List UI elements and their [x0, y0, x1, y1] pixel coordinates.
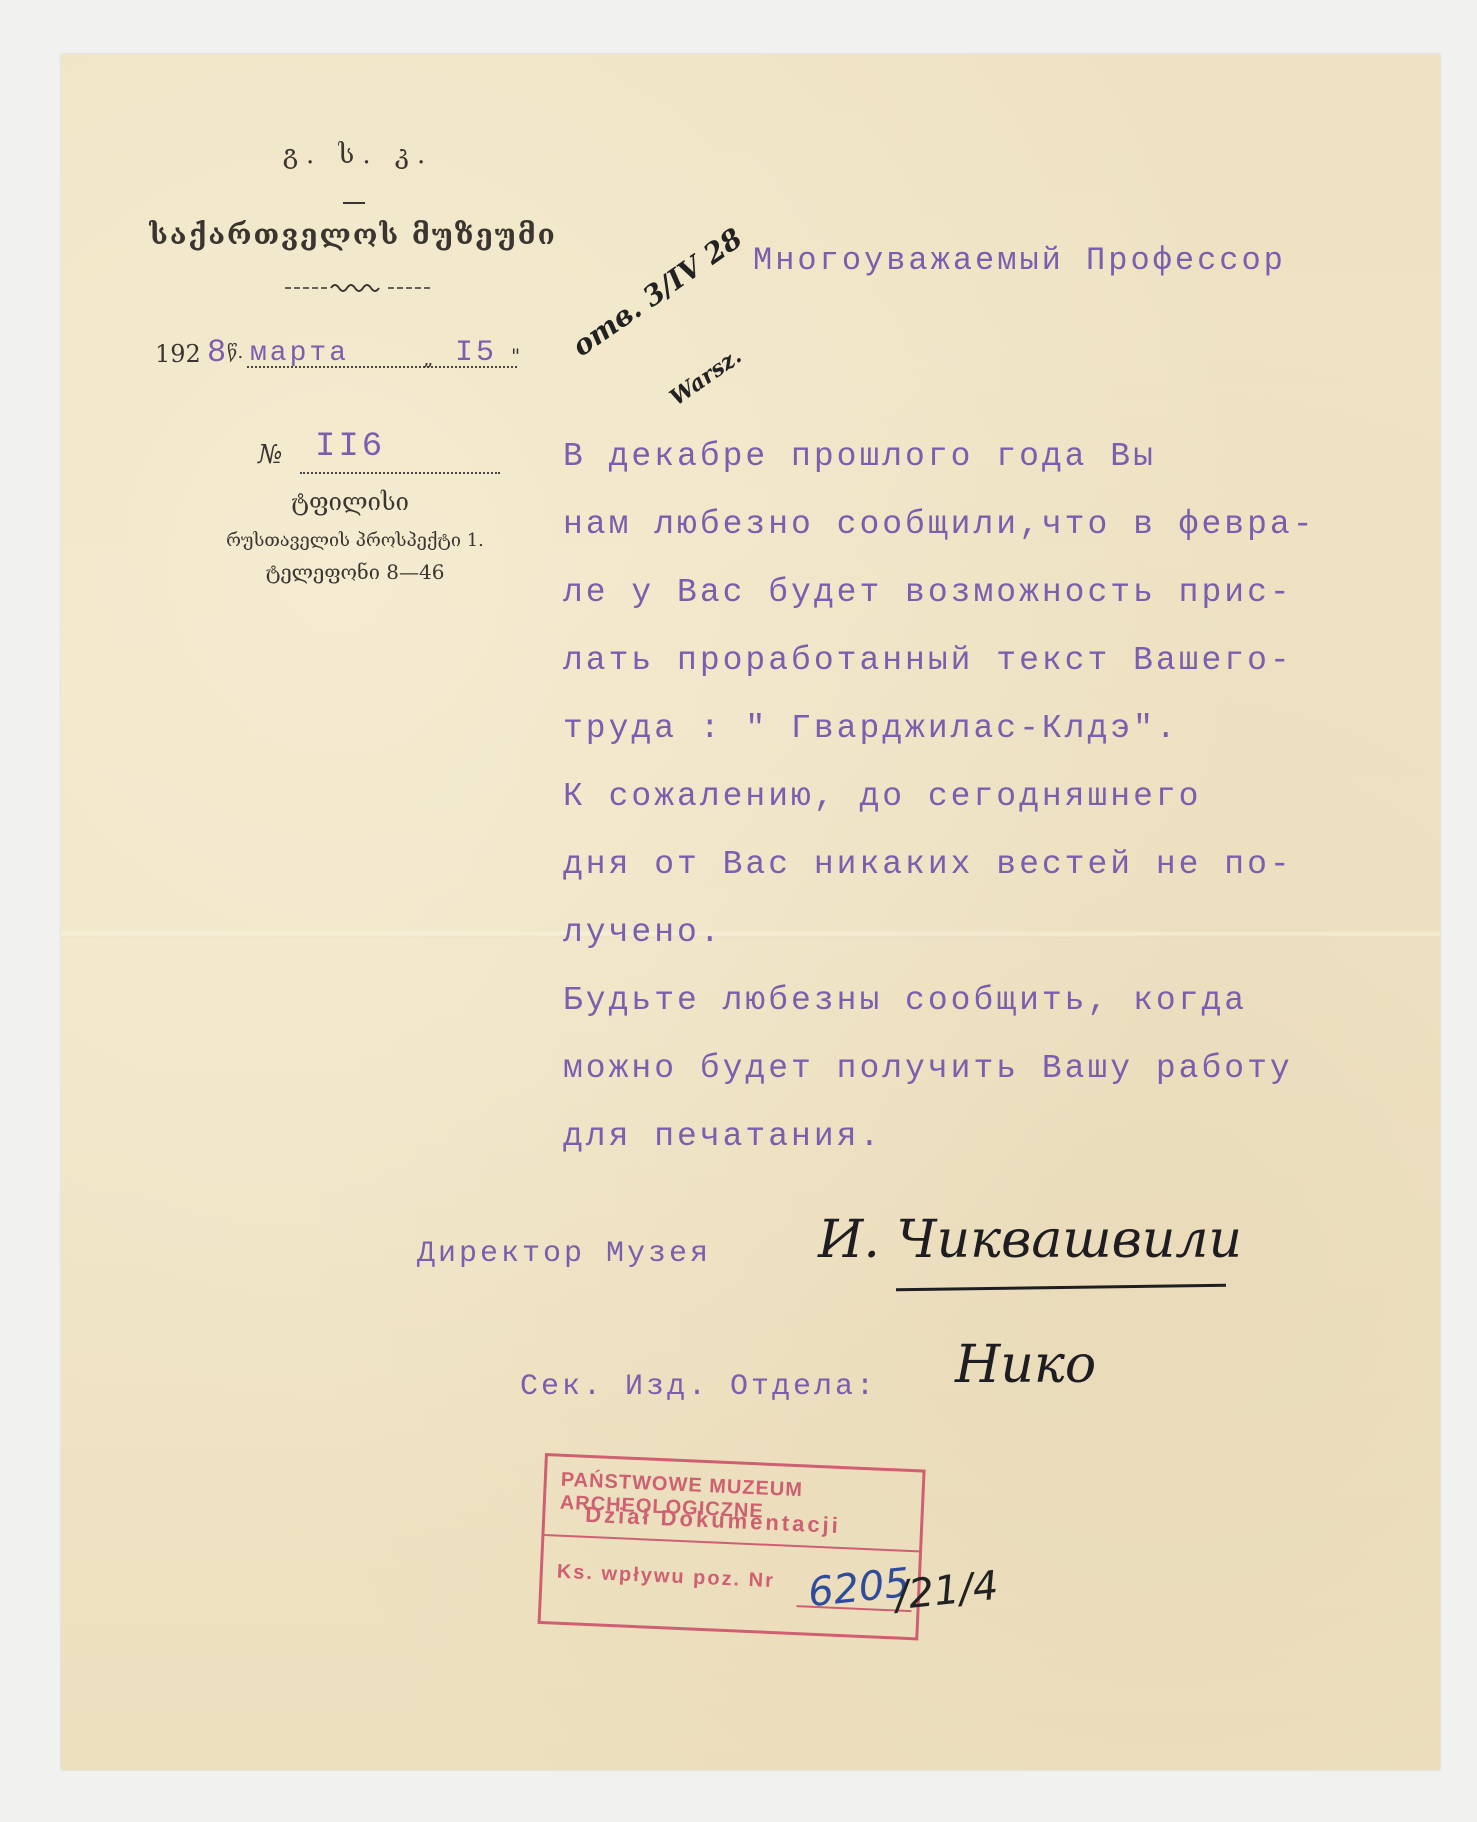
body-line: можно будет получить Вашу работу — [563, 1050, 1293, 1087]
body-line: для печатания. — [563, 1118, 882, 1155]
body-line: лучено. — [563, 914, 723, 951]
number-value: II6 — [315, 428, 385, 466]
body-line: К сожалению, до сегодняшнего — [563, 778, 1202, 815]
body-line: нам любезно сообщили,что в февра- — [563, 506, 1316, 543]
body-line: дня от Вас никаких вестей не по- — [563, 846, 1293, 883]
date-day: I5 — [455, 336, 497, 370]
date-year-prefix: 192 — [155, 340, 201, 368]
number-dotted-line — [300, 472, 500, 474]
body-line: В декабре прошлого года Вы — [563, 438, 1156, 475]
paper-fold — [61, 930, 1440, 938]
salutation: Многоуважаемый Профессор — [753, 242, 1286, 279]
date-line: 192 8 წ. марта „ I5 " — [155, 340, 595, 376]
letterhead-dash — [343, 202, 365, 204]
date-year-suffix: 8 — [207, 334, 226, 371]
body-line: ле у Вас будет возможность прис- — [563, 574, 1293, 611]
ornament-divider-icon — [283, 280, 433, 294]
secretary-signature: Нико — [955, 1335, 1096, 1395]
archive-stamp: PAŃSTWOWE MUZEUM ARCHEOLOGICZNE Dział Do… — [538, 1453, 926, 1640]
body-line: лать проработанный текст Вашего- — [563, 642, 1293, 679]
letterhead-abbreviation: გ. ს. კ. — [248, 140, 468, 170]
stamp-register-label: Ks. wpływu poz. Nr — [556, 1561, 775, 1593]
date-year-mark: წ. — [227, 342, 243, 363]
director-signature: И. Чиквашвили — [818, 1210, 1242, 1270]
director-label: Директор Музея — [417, 1237, 711, 1271]
date-open-quote: „ — [423, 346, 433, 370]
number-label: № — [258, 440, 283, 470]
letterhead-city: ტფილისი — [190, 488, 510, 516]
letterhead-address: რუსთაველის პროსპექტი 1. — [195, 530, 515, 551]
letterhead-phone: ტელეფონი 8—46 — [195, 560, 515, 584]
letterhead-institution-name: საქართველოს მუზეუმი — [148, 218, 558, 251]
secretary-label: Сек. Изд. Отдела: — [520, 1370, 877, 1404]
date-close-quote: " — [511, 344, 520, 368]
stamp-divider — [544, 1534, 919, 1552]
date-month: марта — [250, 338, 349, 369]
body-line: труда : " Гварджилас-Клдэ". — [563, 710, 1179, 747]
body-line: Будьте любезны сообщить, когда — [563, 982, 1247, 1019]
